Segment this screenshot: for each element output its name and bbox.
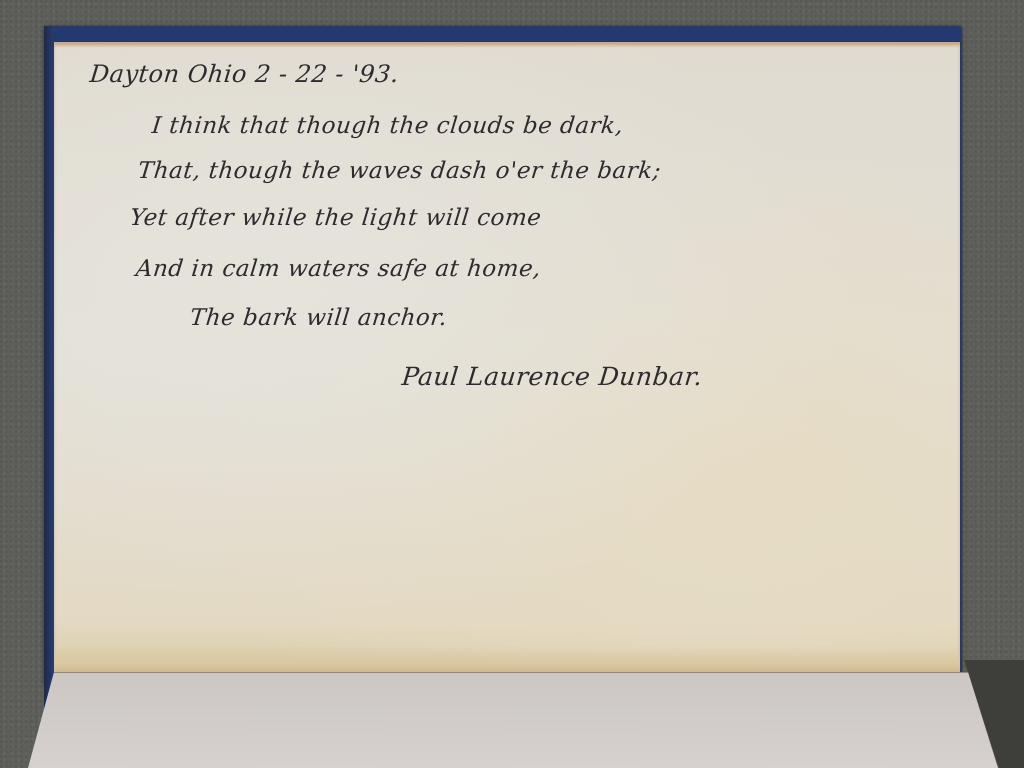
poem-line-2: That, though the waves dash o'er the bar… bbox=[137, 158, 663, 184]
poem-line-1: I think that though the clouds be dark, bbox=[151, 113, 625, 139]
facing-page bbox=[28, 672, 998, 768]
poem-line-5: The bark will anchor. bbox=[189, 305, 449, 331]
author-signature: Paul Laurence Dunbar. bbox=[400, 362, 704, 391]
photo-scene: Dayton Ohio 2 - 22 - '93. I think that t… bbox=[0, 0, 1024, 768]
page-bottom-fold bbox=[54, 646, 960, 672]
poem-line-4: And in calm waters safe at home, bbox=[135, 256, 543, 282]
dateline: Dayton Ohio 2 - 22 - '93. bbox=[89, 60, 401, 88]
poem-line-3: Yet after while the light will come bbox=[129, 205, 543, 231]
page-top-edge bbox=[54, 42, 960, 48]
book-spine-edge bbox=[44, 26, 54, 768]
